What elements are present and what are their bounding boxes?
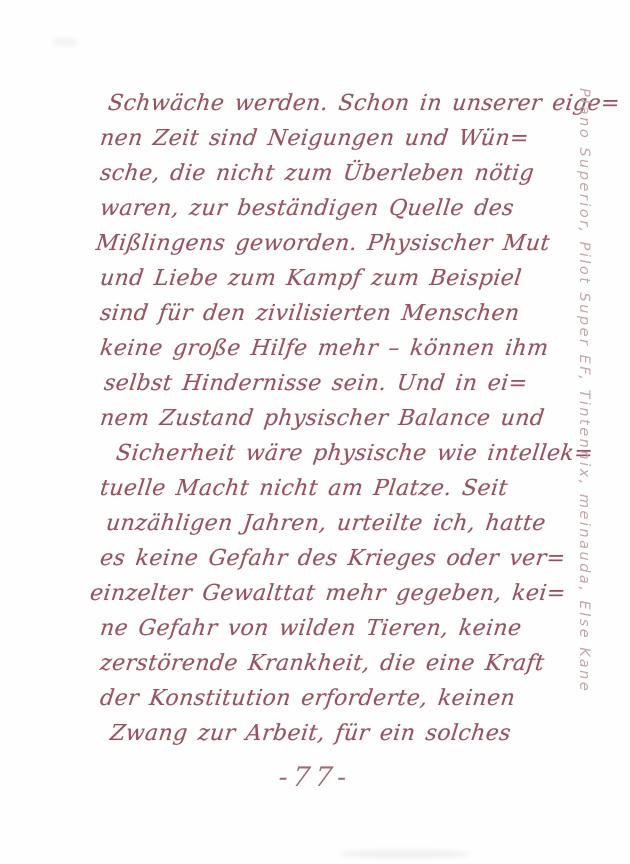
manuscript-line: sche, die nicht zum Überleben nötig — [98, 156, 572, 191]
manuscript-line: zerstörende Krankheit, die eine Kraft — [98, 646, 572, 681]
manuscript-line: nem Zustand physischer Balance und — [98, 401, 572, 436]
manuscript-line: ne Gefahr von wilden Tieren, keine — [98, 611, 572, 646]
scan-artifact — [340, 850, 470, 858]
manuscript-line: selbst Hindernisse sein. Und in ei= — [102, 366, 572, 401]
manuscript-line: tuelle Macht nicht am Platze. Seit — [98, 471, 572, 506]
manuscript-text: Schwäche werden. Schon in unserer eige=n… — [98, 86, 568, 751]
page-number: -77- — [0, 762, 630, 793]
manuscript-line: Sicherheit wäre physische wie intellek= — [114, 436, 572, 471]
manuscript-line: waren, zur beständigen Quelle des — [98, 191, 572, 226]
manuscript-line: und Liebe zum Kampf zum Beispiel — [98, 261, 572, 296]
manuscript-line: einzelter Gewalttat mehr gegeben, kei= — [88, 576, 572, 611]
manuscript-line: sind für den zivilisierten Menschen — [98, 296, 572, 331]
manuscript-line: der Konstitution erforderte, keinen — [98, 681, 572, 716]
manuscript-line: unzähligen Jahren, urteilte ich, hatte — [104, 506, 572, 541]
manuscript-page: Schwäche werden. Schon in unserer eige=n… — [0, 0, 630, 864]
manuscript-line: es keine Gefahr des Krieges oder ver= — [98, 541, 572, 576]
manuscript-line: nen Zeit sind Neigungen und Wün= — [98, 121, 572, 156]
scan-artifact — [52, 38, 78, 46]
manuscript-line: Mißlingens geworden. Physischer Mut — [94, 226, 572, 261]
manuscript-line: Zwang zur Arbeit, für ein solches — [108, 716, 572, 751]
manuscript-line: keine große Hilfe mehr – können ihm — [98, 331, 572, 366]
margin-note: Plano Superior, Pilot Super EF, Tintenni… — [576, 88, 592, 800]
manuscript-line: Schwäche werden. Schon in unserer eige= — [106, 86, 572, 121]
